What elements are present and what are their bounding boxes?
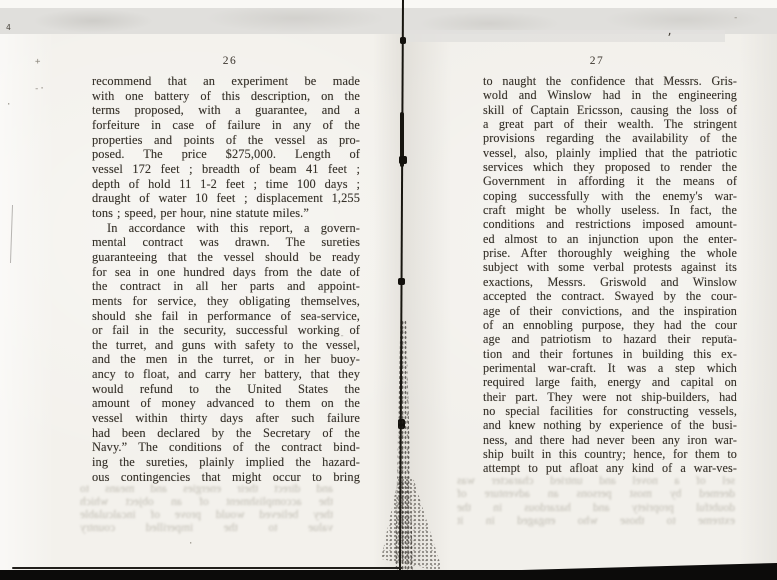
spine-binding-knot: [399, 156, 407, 164]
text-line: ing the sureties, plainly implied the ha…: [92, 455, 360, 470]
text-line: and knew nothing by experience of the bu…: [483, 418, 737, 432]
text-line: forfeiture in case of failure in any of …: [92, 118, 360, 133]
bleedthrough-line: and direct their energies and means to: [80, 483, 333, 496]
text-line: tion and their fortunes in building this…: [483, 347, 737, 361]
noise-speck: -: [733, 14, 738, 23]
text-line: the turret, and guns with safety to the …: [92, 338, 360, 353]
text-line: for sea in one hundred days from the dat…: [92, 265, 360, 280]
text-line: and the men in the turret, or in her buo…: [92, 352, 360, 367]
bleedthrough-line: the accomplishment of an object which: [80, 496, 333, 509]
text-line: vessel within thirty days after such fai…: [92, 411, 360, 426]
text-line: prise. After thoroughly weighing the who…: [483, 246, 737, 260]
text-line: terms proposed, with a guarantee, and a: [92, 103, 360, 118]
text-line: services which they proposed to render t…: [483, 160, 737, 174]
noise-speck: +: [35, 58, 40, 67]
noise-speck: ·: [188, 540, 193, 549]
text-line: depth of hold 11 1-2 feet ; time 100 day…: [92, 177, 360, 192]
right-page-text: to naught the confidence that Messrs. Gr…: [483, 74, 737, 476]
text-line: exactions, Messrs. Griswold and Winslow: [483, 275, 737, 289]
text-line: craft might be wholly useless. In fact, …: [483, 203, 737, 217]
text-line: should she fail in performance of sea-se…: [92, 309, 360, 324]
text-line: ed almost to an injunction upon the ente…: [483, 232, 737, 246]
text-line: vessel 172 feet ; breadth of beam 41 fee…: [92, 162, 360, 177]
text-line: posed. The price $275,000. Length of: [92, 147, 360, 162]
text-line: their part. They were not ship-builders,…: [483, 390, 737, 404]
text-line: ments for service, they obligating thems…: [92, 294, 360, 309]
text-line: of an ennobling purpose, they had the co…: [483, 318, 737, 332]
bleedthrough-line: deemed by most persons an adventure of: [457, 488, 735, 501]
text-line: conditions and restrictions imposed amou…: [483, 217, 737, 231]
bleedthrough-line: they believed would prove of incalculabl…: [80, 509, 333, 522]
scan-top-shadow-band-right: [405, 30, 725, 42]
text-line: the contract in all her parts and appoin…: [92, 279, 360, 294]
text-line: attempt to put afloat any kind of a war-…: [483, 461, 737, 475]
text-line: provisions regarding the availability of…: [483, 131, 737, 145]
text-line: properties and points of the vessel as p…: [92, 133, 360, 148]
text-line: had been declared by the Secretary of th…: [92, 426, 360, 441]
text-line: or fail in the security, successful work…: [92, 323, 360, 338]
noise-speck: -: [725, 332, 730, 341]
bleedthrough-line: value to the imperilled country: [80, 522, 333, 535]
text-line: amount of money advanced to them on the: [92, 396, 360, 411]
text-line: no special facilities for constructing v…: [483, 404, 737, 418]
text-line: required large faith, energy and capital…: [483, 375, 737, 389]
bleedthrough-line: sel of a novel and untried character was: [457, 475, 735, 488]
text-line: Navy.” The conditions of the contract bi…: [92, 440, 360, 455]
text-line: mental contract was drawn. The sureties: [92, 235, 360, 250]
noise-speck: ·: [6, 101, 11, 110]
bleedthrough-line: extreme to those who engaged in it: [457, 515, 735, 528]
text-line: skill of Captain Ericsson, causing the l…: [483, 103, 737, 117]
bottom-black-band: [0, 570, 777, 580]
text-line: guaranteeing that the vessel should be r…: [92, 250, 360, 265]
page-number-left: 26: [210, 55, 250, 67]
text-line: perimental war-craft. It was a step whic…: [483, 361, 737, 375]
text-line: coping successfully with the enemy's war…: [483, 189, 737, 203]
text-line: subject with some verbal protests agains…: [483, 260, 737, 274]
text-line: In accordance with this report, a govern…: [92, 221, 360, 236]
text-line: draught of water 10 feet ; displacement …: [92, 191, 360, 206]
text-line: wold and Winslow had in the engineering: [483, 88, 737, 102]
text-line: tons ; speed, per hour, nine statute mil…: [92, 206, 360, 221]
right-page-bleedthrough-text: sel of a novel and untried character was…: [457, 475, 735, 528]
text-line: ship built in this country; hence, for t…: [483, 447, 737, 461]
left-page-text: recommend that an experiment be madewith…: [92, 74, 360, 484]
page-number-right: 27: [577, 55, 617, 67]
noise-speck: --: [334, 332, 345, 341]
text-line: ancy to float, and carry her battery, th…: [92, 367, 360, 382]
text-line: to naught the confidence that Messrs. Gr…: [483, 74, 737, 88]
spine-binding-knot: [398, 278, 405, 285]
text-line: vessel, also, plainly implied that the p…: [483, 146, 737, 160]
text-line: recommend that an experiment be made: [92, 74, 360, 89]
text-line: a great part of their wealth. The string…: [483, 117, 737, 131]
noise-speck: -·: [34, 85, 45, 94]
text-line: Government in affording it the means of: [483, 174, 737, 188]
text-line: age and patriotism to hazard their reput…: [483, 332, 737, 346]
bleedthrough-line: doubtful propriety and hazardous in the: [457, 502, 735, 515]
noise-speck: ʼ: [666, 32, 673, 43]
noise-speck: +: [348, 238, 353, 247]
left-page-bleedthrough-text: and direct their energies and means toth…: [80, 483, 333, 535]
text-line: accepted the contract. Swayed by the cou…: [483, 289, 737, 303]
text-line: with one battery of this description, on…: [92, 89, 360, 104]
spine-binding-knot: [400, 37, 406, 44]
book-scan: 26 27 recommend that an experiment be ma…: [0, 0, 777, 580]
text-line: age of their convictions, and the inspir…: [483, 304, 737, 318]
noise-speck: 4: [6, 24, 11, 32]
text-line: ness, and there had never been any iron …: [483, 433, 737, 447]
text-line: would refund to the United States the: [92, 382, 360, 397]
